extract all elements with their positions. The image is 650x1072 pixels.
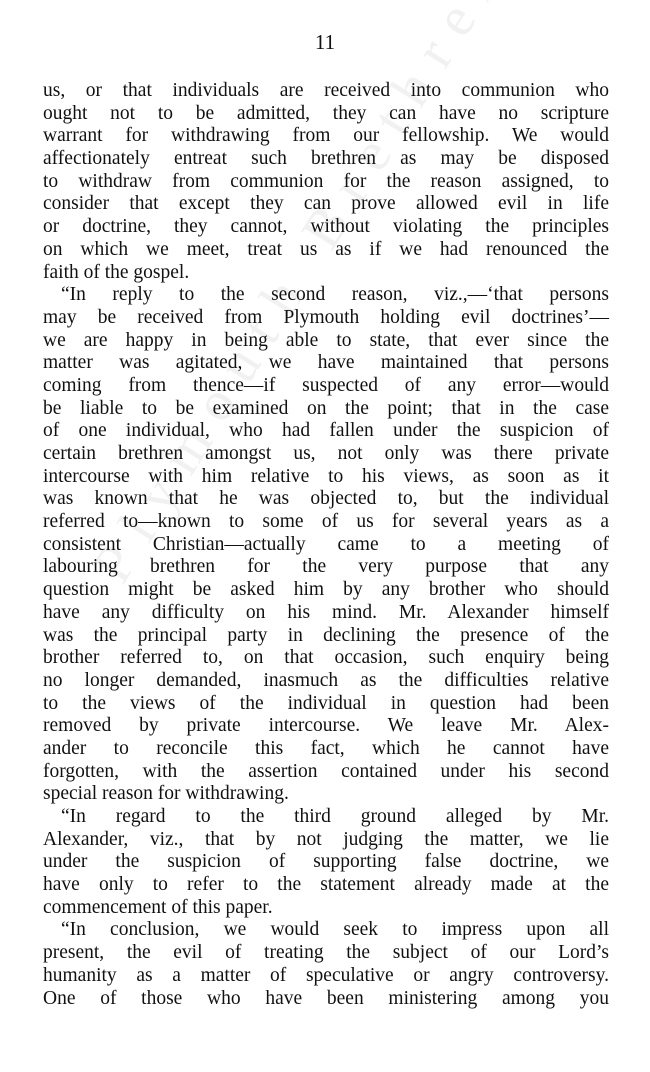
text-line: warrant for withdrawing from our fellows… (43, 125, 609, 148)
text-line: have any difficulty on his mind. Mr. Ale… (43, 602, 609, 625)
text-line: referred to—known to some of us for seve… (43, 511, 609, 534)
text-line: removed by private intercourse. We leave… (43, 715, 609, 738)
text-line: consider that except they can prove allo… (43, 193, 609, 216)
paragraph-start-line: “In conclusion, we would seek to impress… (43, 919, 609, 942)
text-line: coming from thence—if suspected of any e… (43, 375, 609, 398)
text-line: have only to refer to the statement alre… (43, 874, 609, 897)
text-line: One of those who have been ministering a… (43, 988, 609, 1011)
text-line: on which we meet, treat us as if we had … (43, 239, 609, 262)
text-line: we are happy in being able to state, tha… (43, 330, 609, 353)
text-line: consistent Christian—actually came to a … (43, 534, 609, 557)
text-line: Alexander, viz., that by not judging the… (43, 829, 609, 852)
page-number: 11 (0, 30, 650, 55)
text-line: matter was agitated, we have maintained … (43, 352, 609, 375)
text-line: forgotten, with the assertion contained … (43, 761, 609, 784)
text-line: of one individual, who had fallen under … (43, 420, 609, 443)
document-page: Plymouth Brethren Archive 11 us, or that… (0, 0, 650, 1072)
text-line: under the suspicion of supporting false … (43, 851, 609, 874)
body-text: us, or that individuals are received int… (43, 80, 609, 1010)
text-line: may be received from Plymouth holding ev… (43, 307, 609, 330)
text-line: to the views of the individual in questi… (43, 693, 609, 716)
text-line: labouring brethren for the very purpose … (43, 556, 609, 579)
text-line: or doctrine, they cannot, without violat… (43, 216, 609, 239)
paragraph-start-line: “In regard to the third ground alleged b… (43, 806, 609, 829)
text-line: was known that he was objected to, but t… (43, 488, 609, 511)
text-line: faith of the gospel. (43, 262, 609, 285)
text-line: us, or that individuals are received int… (43, 80, 609, 103)
paragraph-start-line: “In reply to the second reason, viz.,—‘t… (43, 284, 609, 307)
text-line: special reason for withdrawing. (43, 783, 609, 806)
text-line: was the principal party in declining the… (43, 625, 609, 648)
text-line: commencement of this paper. (43, 897, 609, 920)
text-line: brother referred to, on that occasion, s… (43, 647, 609, 670)
text-line: question might be asked him by any broth… (43, 579, 609, 602)
text-line: certain brethren amongst us, not only wa… (43, 443, 609, 466)
text-line: humanity as a matter of speculative or a… (43, 965, 609, 988)
text-line: no longer demanded, inasmuch as the diff… (43, 670, 609, 693)
text-line: intercourse with him relative to his vie… (43, 466, 609, 489)
text-line: to withdraw from communion for the reaso… (43, 171, 609, 194)
text-line: affectionately entreat such brethren as … (43, 148, 609, 171)
text-line: present, the evil of treating the subjec… (43, 942, 609, 965)
text-line: be liable to be examined on the point; t… (43, 398, 609, 421)
text-line: ought not to be admitted, they can have … (43, 103, 609, 126)
text-line: ander to reconcile this fact, which he c… (43, 738, 609, 761)
